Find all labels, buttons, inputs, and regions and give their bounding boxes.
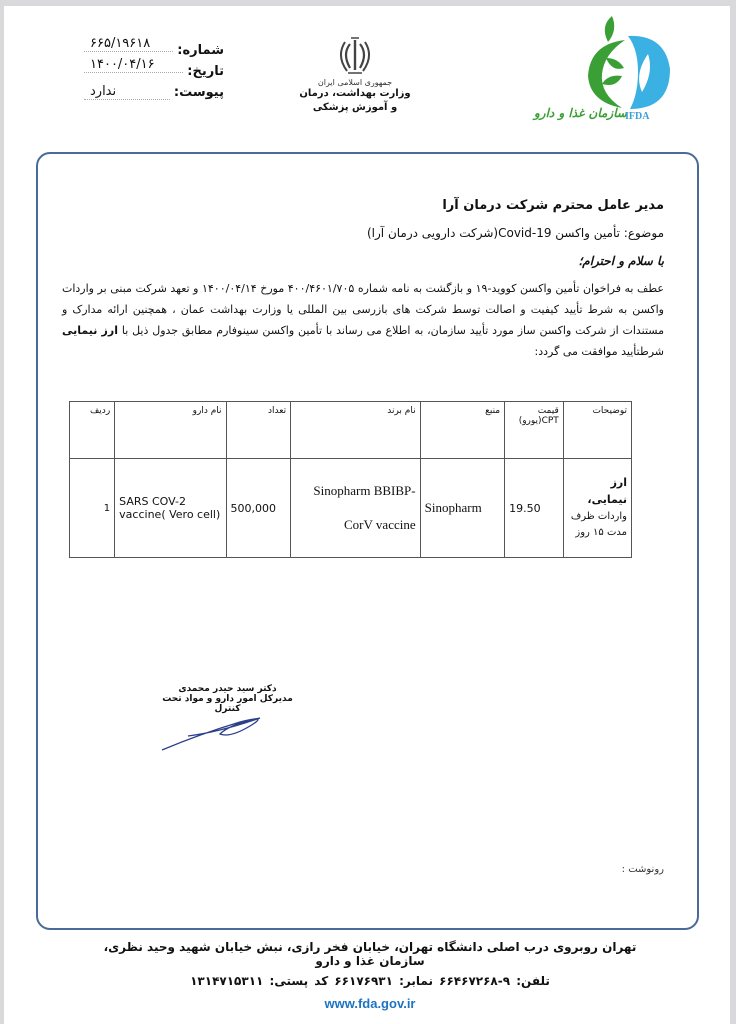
date-value: ۱۴۰۰/۰۴/۱۶ — [84, 58, 183, 73]
cell-row: 1 — [70, 459, 115, 558]
body-bold: ارز نیمایی — [62, 324, 118, 337]
cell-price: 19.50 — [505, 459, 564, 558]
body-part1: عطف به فراخوان تأمین واکسن کووید-۱۹ و با… — [62, 282, 664, 337]
ifda-abbr: IFDA — [625, 111, 649, 122]
date-label: تاریخ: — [187, 64, 224, 79]
ifda-name: سازمان غذا و دارو — [534, 106, 627, 120]
body-part2: شرطتأیید موافقت می گردد: — [535, 345, 664, 358]
letter-meta: شماره: ۶۶۵/۱۹۶۱۸ تاریخ: ۱۴۰۰/۰۴/۱۶ پیوست… — [84, 38, 224, 101]
attachment-label: پیوست: — [174, 85, 224, 100]
number-label: شماره: — [177, 43, 224, 58]
number-value: ۶۶۵/۱۹۶۱۸ — [84, 37, 173, 52]
cell-brand: Sinopharm BBIBP- CorV vaccine — [291, 459, 421, 558]
emblem-ministry-line2: و آموزش پزشکی — [290, 101, 420, 114]
cell-drug-name: SARS COV-2 vaccine( Vero cell) — [115, 459, 226, 558]
iran-emblem-icon — [338, 36, 372, 76]
header-quantity: تعداد — [226, 402, 291, 459]
footer-address: تهران روبروی درب اصلی دانشگاه تهران، خیا… — [100, 940, 640, 968]
table-header-row: توضیحات قیمت CPT(یورو) منبع نام برند تعد… — [70, 402, 632, 459]
header-drug-name: نام دارو — [115, 402, 226, 459]
number-row: شماره: ۶۶۵/۱۹۶۱۸ — [84, 38, 224, 58]
cc-label: رونوشت : — [622, 864, 664, 875]
iran-emblem-block: جمهوری اسلامی ایران وزارت بهداشت، درمان … — [290, 36, 420, 114]
signatory-name: دکتر سید حیدر محمدی — [160, 684, 295, 694]
date-row: تاریخ: ۱۴۰۰/۰۴/۱۶ — [84, 59, 224, 79]
signature-scribble-icon — [160, 694, 300, 754]
cell-notes: ارز نیمایی، واردات ظرف مدت ۱۵ روز — [563, 459, 631, 558]
header-price: قیمت CPT(یورو) — [505, 402, 564, 459]
drug-table: توضیحات قیمت CPT(یورو) منبع نام برند تعد… — [69, 401, 632, 558]
emblem-country: جمهوری اسلامی ایران — [290, 78, 420, 87]
subject-suffix: (شرکت دارویی درمان آرا) — [367, 226, 498, 240]
header-source: منبع — [420, 402, 505, 459]
table-row: ارز نیمایی، واردات ظرف مدت ۱۵ روز 19.50 … — [70, 459, 632, 558]
addressee: مدیر عامل محترم شرکت درمان آرا — [442, 198, 664, 213]
ifda-logo: سازمان غذا و دارو IFDA — [530, 14, 690, 134]
brand-line1: Sinopharm BBIBP- — [313, 483, 415, 498]
attachment-value: ندارد — [84, 85, 170, 100]
greeting: با سلام و احترام؛ — [578, 254, 664, 268]
subject-prefix: موضوع: تأمین واکسن — [551, 226, 664, 240]
footer-contact: تلفن: ۹-۶۶۴۶۷۲۶۸ نمابر: ۶۶۱۷۶۹۳۱ کد پستی… — [100, 974, 640, 988]
subject-line: موضوع: تأمین واکسن Covid-19(شرکت دارویی … — [367, 226, 664, 240]
cell-quantity: 500,000 — [226, 459, 291, 558]
emblem-ministry-line1: وزارت بهداشت، درمان — [290, 87, 420, 101]
notes-rest: واردات ظرف مدت ۱۵ روز — [571, 511, 627, 538]
signature-block: دکتر سید حیدر محمدی مدیرکل امور دارو و م… — [160, 684, 295, 714]
header-brand: نام برند — [291, 402, 421, 459]
header-notes: توضیحات — [563, 402, 631, 459]
letter-body: عطف به فراخوان تأمین واکسن کووید-۱۹ و با… — [62, 278, 664, 362]
ifda-logo-icon — [530, 14, 690, 114]
cell-source: Sinopharm — [420, 459, 505, 558]
attachment-row: پیوست: ندارد — [84, 80, 224, 100]
brand-line2: CorV vaccine — [344, 517, 416, 532]
notes-bold: ارز نیمایی، — [587, 476, 627, 506]
footer: تهران روبروی درب اصلی دانشگاه تهران، خیا… — [100, 940, 640, 1011]
header-row: ردیف — [70, 402, 115, 459]
subject-covid: Covid-19 — [498, 226, 551, 240]
footer-website[interactable]: www.fda.gov.ir — [100, 996, 640, 1011]
